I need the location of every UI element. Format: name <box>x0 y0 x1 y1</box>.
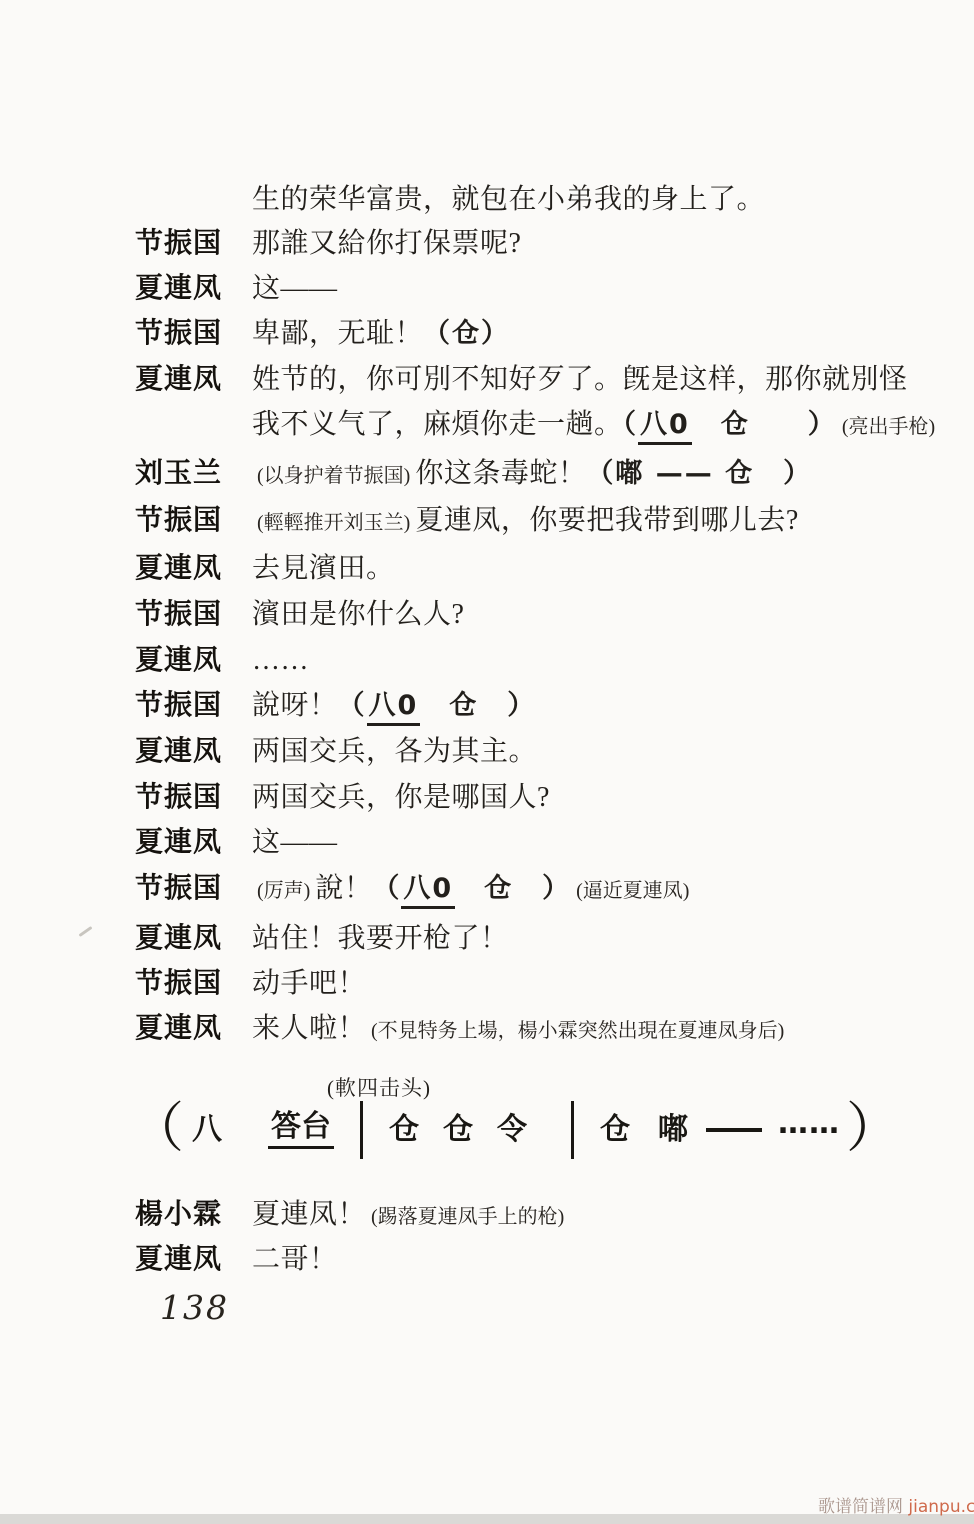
script-line: 节振国那誰又給你打保票呢? <box>135 226 521 265</box>
speaker-name: 节振国 <box>135 871 252 905</box>
drum-pattern-label: (軟四击头) <box>327 1072 431 1102</box>
script-line: 夏連凤来人啦！(不見特务上場，楊小霖突然出現在夏連凤身后) <box>135 1011 789 1050</box>
percussion-cue: （ <box>372 873 401 904</box>
script-line: 刘玉兰(以身护着节振国)你这条毒蛇！（嘟 —— 仓 ） <box>135 456 812 495</box>
script-line: 夏連凤姓节的，你可別不知好歹了。旣是这样，那你就別怪 <box>135 362 908 401</box>
stage-direction: (輕輕推开刘玉兰) <box>257 512 410 534</box>
speaker-name: 夏連凤 <box>135 362 252 396</box>
stage-direction: (踢落夏連凤手上的枪) <box>371 1206 564 1228</box>
speaker-name: 节振国 <box>135 597 252 631</box>
continuation-dots: …… <box>778 1106 840 1141</box>
percussion-syllable-underlined: 答台 <box>268 1112 334 1149</box>
dialogue-text: 去見濱田。 <box>252 553 395 584</box>
speaker-name: 节振国 <box>135 226 252 260</box>
speaker-name: 节振国 <box>135 503 252 537</box>
watermark-site-url: jianpu.cn <box>908 1497 974 1517</box>
script-page: 生的荣华富贵，就包在小弟我的身上了。节振国那誰又給你打保票呢?夏連凤这——节振国… <box>0 0 974 1524</box>
script-line: 我不义气了，麻煩你走一趟。（八0 仓 ）(亮出手枪) <box>135 408 940 446</box>
sustain-dash <box>706 1128 762 1132</box>
speaker-name: 夏連凤 <box>135 1011 252 1045</box>
dialogue-text: 夏連凤！ <box>252 1199 366 1230</box>
watermark: 歌谱简谱网 jianpu.cn <box>818 1492 974 1517</box>
dialogue-text: 生的荣华富贵，就包在小弟我的身上了。 <box>252 184 765 215</box>
page-number: 138 <box>160 1288 229 1327</box>
percussion-cue: 仓 ） <box>420 690 536 721</box>
dialogue-text: …… <box>252 645 309 676</box>
dialogue-text: 夏連凤，你要把我带到哪儿去? <box>415 505 798 536</box>
speaker-name: 节振国 <box>135 966 252 1000</box>
speaker-name: 节振国 <box>135 688 252 722</box>
percussion-cue-underlined: 八0 <box>401 874 455 909</box>
script-line: 节振国(厉声)說！（八0 仓 ）(逼近夏連凤) <box>135 871 694 910</box>
dialogue-text: 二哥！ <box>252 1244 338 1275</box>
speaker-name: 夏連凤 <box>135 825 252 859</box>
script-line: 节振国卑鄙，无耻！（仓） <box>135 316 510 355</box>
percussion-cue-underlined: 八0 <box>638 410 692 445</box>
dialogue-text: 姓节的，你可別不知好歹了。旣是这样，那你就別怪 <box>252 364 908 395</box>
dialogue-text: 两国交兵，你是哪国人? <box>252 782 550 813</box>
notation-paren: ） <box>846 1101 900 1155</box>
script-line: 节振国濱田是你什么人? <box>135 597 464 636</box>
script-line: 夏連凤站住！我要开枪了！ <box>135 921 509 960</box>
percussion-syllable: 令 <box>497 1115 527 1145</box>
barline-icon <box>360 1101 363 1159</box>
percussion-cue: （ <box>623 409 639 440</box>
speaker-name: 刘玉兰 <box>135 456 252 490</box>
script-line: 夏連凤这—— <box>135 271 338 310</box>
notation-paren: （ <box>130 1101 184 1155</box>
stage-direction: (亮出手枪) <box>842 416 935 438</box>
script-line: 节振国說呀！（八0 仓 ） <box>135 688 536 727</box>
script-line: 节振国两国交兵，你是哪国人? <box>135 780 550 819</box>
stage-direction: (厉声) <box>257 880 310 902</box>
dialogue-text: 濱田是你什么人? <box>252 599 464 630</box>
stage-direction: (以身护着节振国) <box>257 465 410 487</box>
percussion-syllable: 嘟 <box>658 1115 688 1145</box>
script-line: 夏連凤…… <box>135 643 309 682</box>
dialogue-text: 来人啦！ <box>252 1013 366 1044</box>
dialogue-text: 动手吧！ <box>252 968 366 999</box>
speaker-name: 节振国 <box>135 316 252 350</box>
script-line: 生的荣华富贵，就包在小弟我的身上了。 <box>135 183 765 221</box>
script-line: 楊小霖夏連凤！(踢落夏連凤手上的枪) <box>135 1197 569 1236</box>
script-line: 夏連凤两国交兵，各为其主。 <box>135 734 537 773</box>
speaker-name: 夏連凤 <box>135 734 252 768</box>
script-line: 节振国(輕輕推开刘玉兰)夏連凤，你要把我带到哪儿去? <box>135 503 799 542</box>
percussion-syllable: 八 <box>192 1115 222 1145</box>
dialogue-text: 說呀！ <box>252 690 338 721</box>
dialogue-text: 两国交兵，各为其主。 <box>252 736 537 767</box>
dialogue-text: 站住！我要开枪了！ <box>252 923 509 954</box>
script-line: 夏連凤二哥！ <box>135 1242 338 1281</box>
watermark-site-name: 歌谱简谱网 <box>818 1497 903 1517</box>
dialogue-text: 我不义气了，麻煩你走一趟。 <box>252 409 623 440</box>
speaker-name: 节振国 <box>135 780 252 814</box>
stray-pencil-mark <box>78 926 92 937</box>
speaker-name: 夏連凤 <box>135 551 252 585</box>
percussion-cue: 仓 ） <box>455 873 571 904</box>
percussion-cue: 仓 ） <box>692 409 837 440</box>
speaker-name: 夏連凤 <box>135 271 252 305</box>
script-line: 夏連凤去見濱田。 <box>135 551 395 590</box>
speaker-name: 夏連凤 <box>135 643 252 677</box>
dialogue-text: 說！ <box>315 873 372 904</box>
percussion-syllable: 仓 <box>389 1115 419 1145</box>
dialogue-text: 那誰又給你打保票呢? <box>252 228 521 259</box>
percussion-cue: （嘟 —— 仓 ） <box>586 458 812 489</box>
percussion-cue: （仓） <box>423 318 510 349</box>
percussion-cue-underlined: 八0 <box>367 691 421 726</box>
dialogue-text: 这—— <box>252 273 338 304</box>
stage-direction: (逼近夏連凤) <box>576 880 689 902</box>
script-line: 夏連凤这—— <box>135 825 338 864</box>
speaker-name: 夏連凤 <box>135 921 252 955</box>
stage-direction: (不見特务上場，楊小霖突然出現在夏連凤身后) <box>371 1020 784 1042</box>
speaker-name: 夏連凤 <box>135 1242 252 1276</box>
script-line: 节振国动手吧！ <box>135 966 366 1005</box>
percussion-cue: （ <box>338 690 367 721</box>
percussion-notation-line: （八答台仓仓令仓嘟……） <box>130 1102 900 1158</box>
percussion-syllable: 仓 <box>600 1115 630 1145</box>
percussion-syllable: 仓 <box>443 1115 473 1145</box>
speaker-name: 楊小霖 <box>135 1197 252 1231</box>
dialogue-text: 这—— <box>252 827 338 858</box>
dialogue-text: 卑鄙，无耻！ <box>252 318 423 349</box>
barline-icon <box>571 1101 574 1159</box>
dialogue-text: 你这条毒蛇！ <box>415 458 586 489</box>
